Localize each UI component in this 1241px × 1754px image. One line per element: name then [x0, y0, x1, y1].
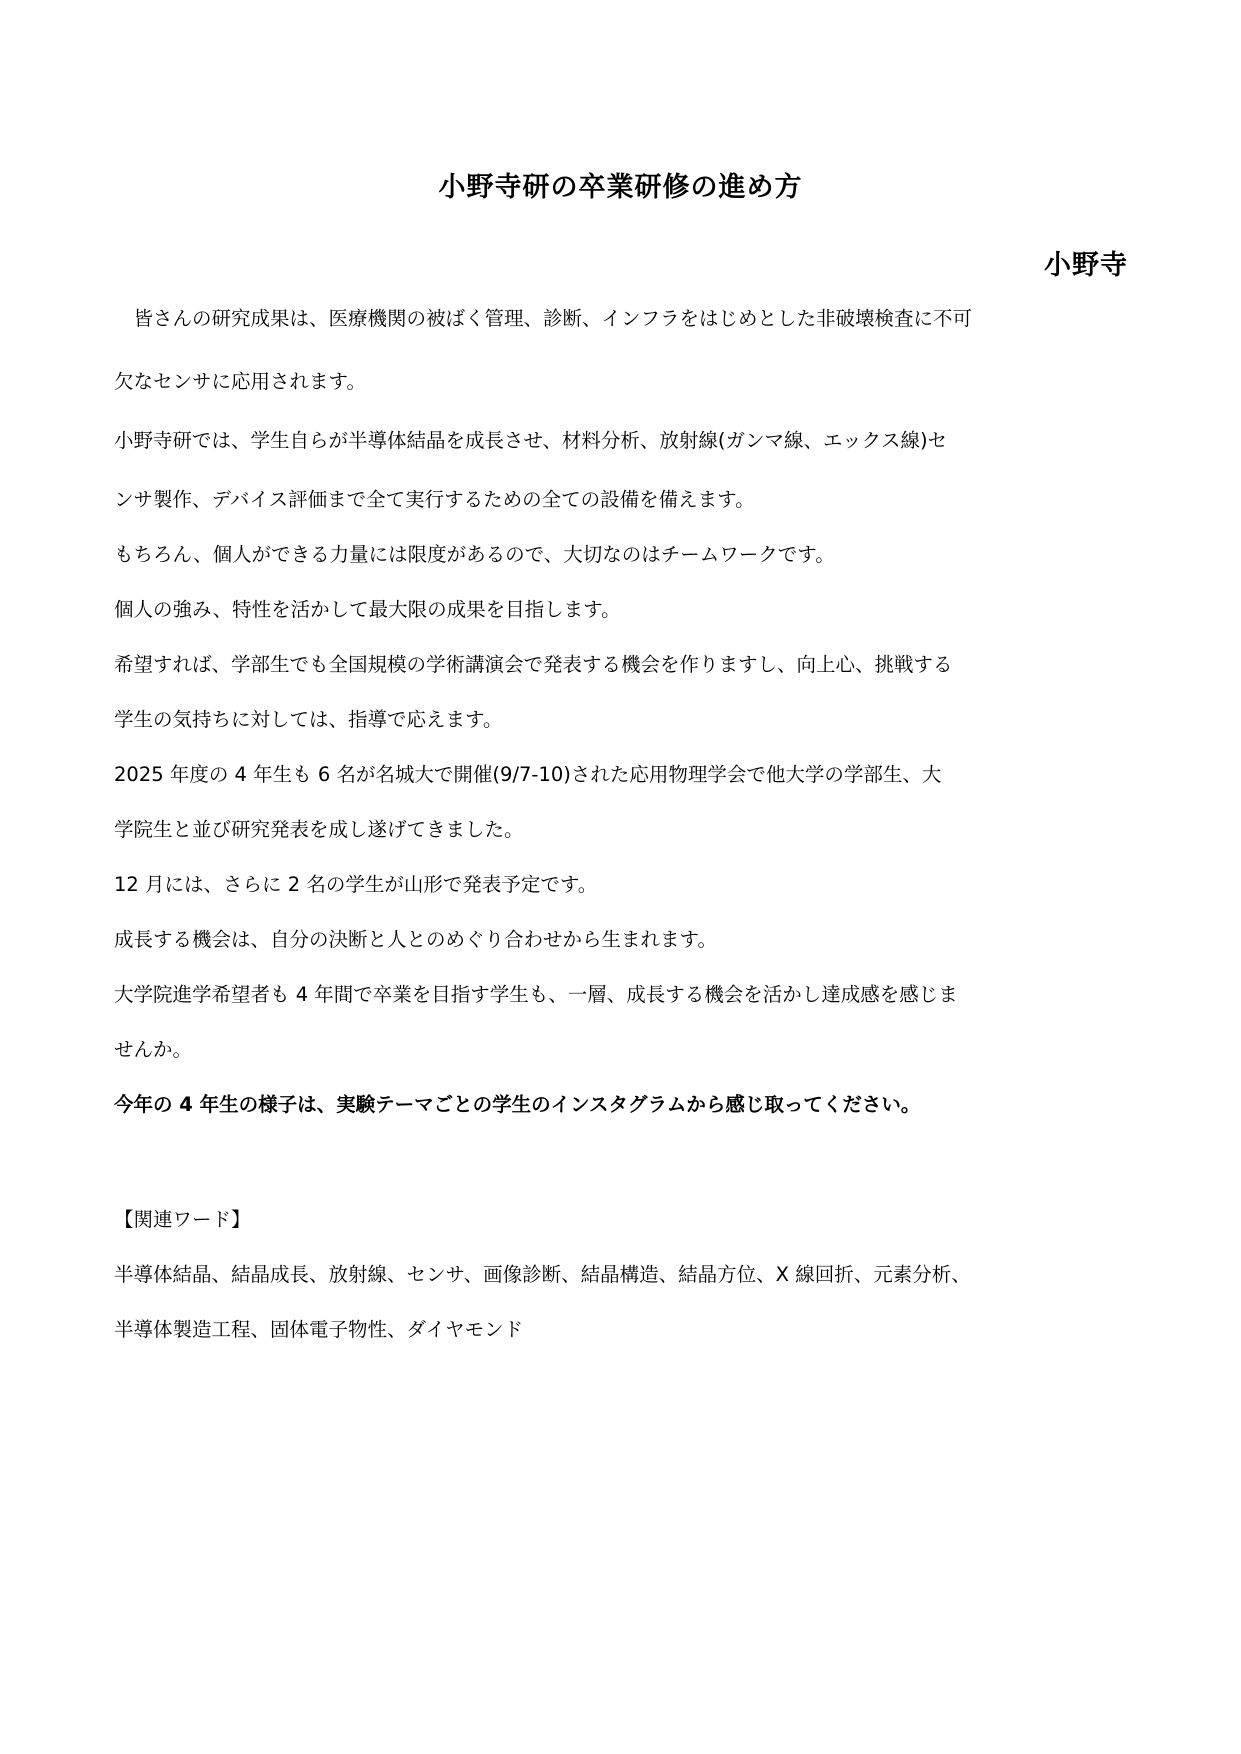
body-line: 皆さんの研究成果は、医療機関の被ばく管理、診断、インフラをはじめとした非破壊検査… [114, 305, 972, 333]
related-words-line: 半導体結晶、結晶成長、放射線、センサ、画像診断、結晶構造、結晶方位、X 線回折、… [114, 1261, 971, 1289]
related-words-line: 半導体製造工程、固体電子物性、ダイヤモンド [114, 1316, 523, 1344]
body-line: 12 月には、さらに 2 名の学生が山形で発表予定です。 [114, 871, 597, 899]
body-line: 欠なセンサに応用されます。 [114, 368, 366, 396]
related-words-heading: 【関連ワード】 [114, 1206, 251, 1234]
body-line: ンサ製作、デバイス評価まで全て実行するための全ての設備を備えます。 [114, 486, 755, 514]
body-line: 小野寺研では、学生自らが半導体結晶を成長させ、材料分析、放射線(ガンマ線、エック… [114, 427, 947, 455]
body-line: 学院生と並び研究発表を成し遂げてきました。 [114, 816, 524, 844]
document-page: 小野寺研の卒業研修の進め方 小野寺 皆さんの研究成果は、医療機関の被ばく管理、診… [0, 0, 1241, 1754]
document-author: 小野寺 [1044, 248, 1128, 284]
body-line: 成長する機会は、自分の決断と人とのめぐり合わせから生まれます。 [114, 926, 717, 954]
body-line: 個人の強み、特性を活かして最大限の成果を目指します。 [114, 596, 621, 624]
body-line: 2025 年度の 4 年生も 6 名が名城大で開催(9/7-10)された応用物理… [114, 761, 941, 789]
body-line: 大学院進学希望者も 4 年間で卒業を目指す学生も、一層、成長する機会を活かし達成… [114, 981, 958, 1009]
body-line: 学生の気持ちに対しては、指導で応えます。 [114, 706, 502, 734]
highlight-line: 今年の 4 年生の様子は、実験テーマごとの学生のインスタグラムから感じ取ってくだ… [114, 1091, 920, 1119]
body-line: せんか。 [114, 1036, 192, 1064]
document-title: 小野寺研の卒業研修の進め方 [0, 170, 1241, 206]
body-line: 希望すれば、学部生でも全国規模の学術講演会で発表する機会を作りますし、向上心、挑… [114, 651, 953, 679]
body-line: もちろん、個人ができる力量には限度があるので、大切なのはチームワークです。 [114, 541, 835, 569]
